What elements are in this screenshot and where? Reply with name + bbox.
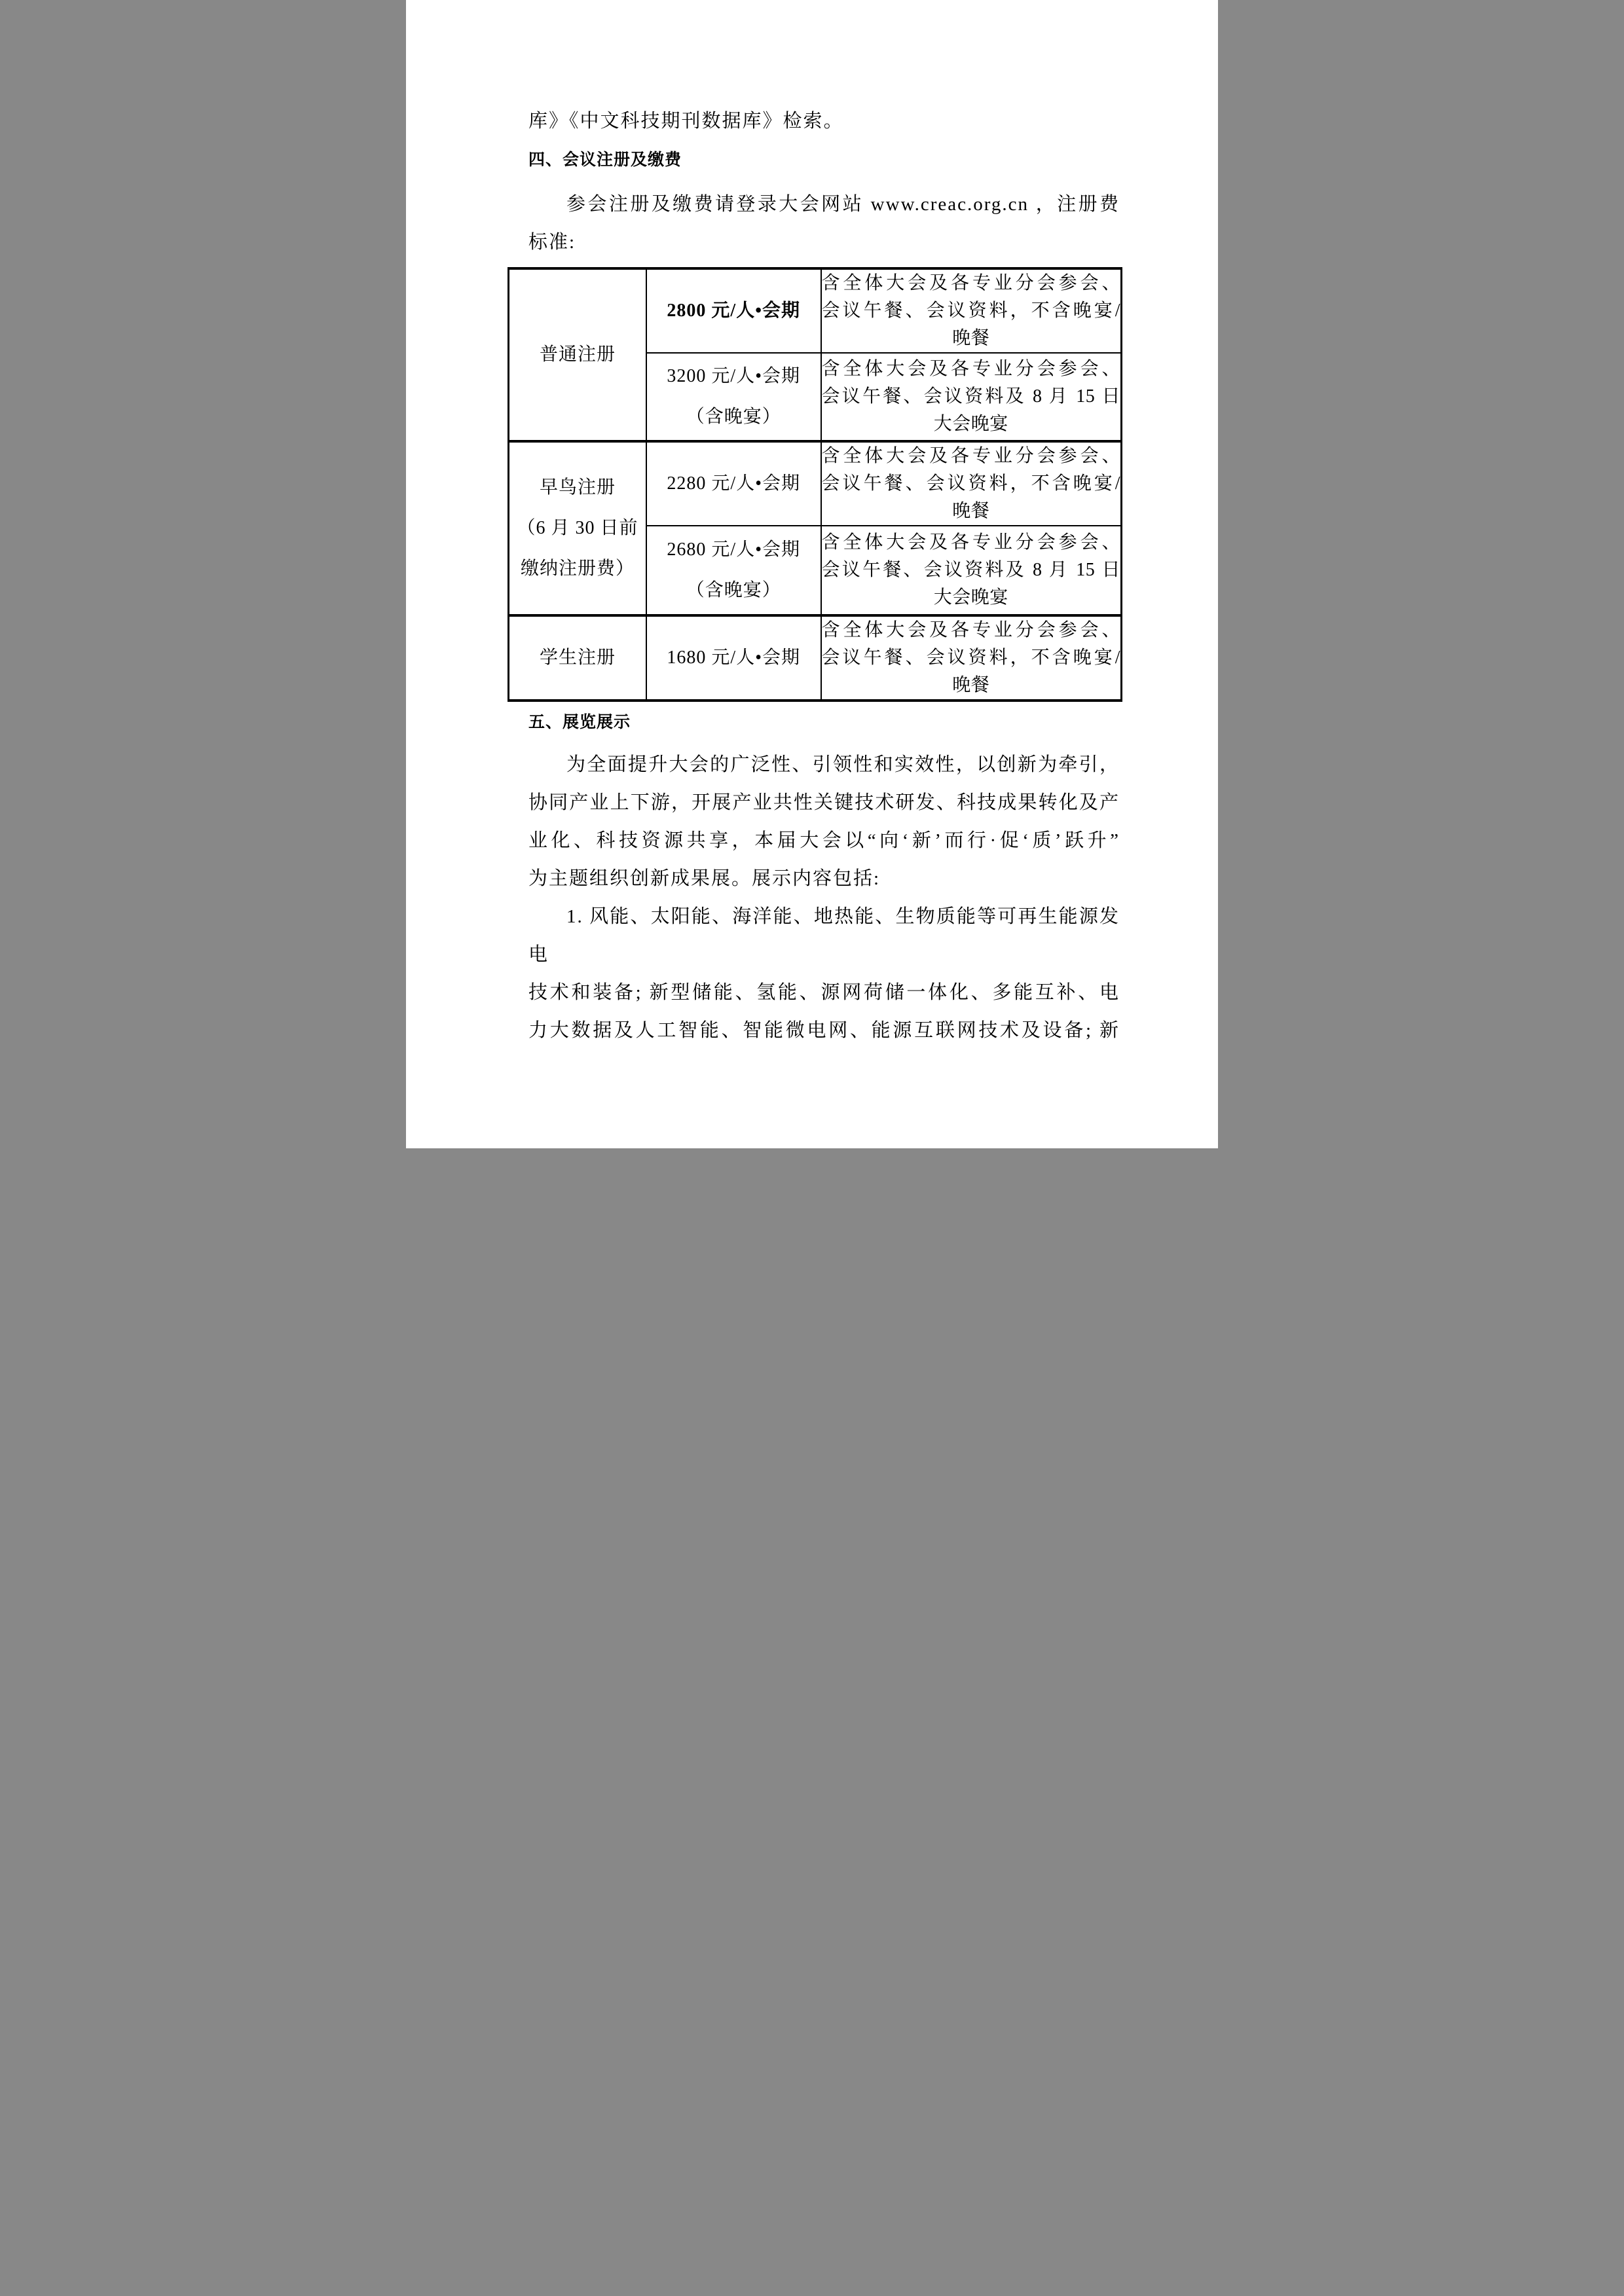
desc-line: 大会晚宴 (822, 410, 1121, 438)
category-label: 普通注册 (509, 335, 646, 375)
text-line: 协同产业上下游，开展产业共性关键技术研发、科技成果转化及产 (528, 784, 1120, 822)
category-line: （6 月 30 日前 (509, 508, 646, 549)
category-line: 缴纳注册费） (509, 549, 646, 589)
intro-continuation-line: 库》《中文科技期刊数据库》检索。 (528, 102, 1120, 140)
text-line: 力大数据及人工智能、智能微电网、能源互联网技术及设备; 新 (528, 1011, 1120, 1049)
desc-line: 会议午餐、会议资料及 8 月 15 日 (822, 383, 1121, 410)
price-cell-3200: 3200 元/人•会期 （含晚宴） (646, 353, 821, 441)
desc-line: 含全体大会及各专业分会参会、 (822, 355, 1121, 383)
section5-paragraph: 为全面提升大会的广泛性、引领性和实效性，以创新为牵引， 协同产业上下游，开展产业… (528, 746, 1120, 898)
price-cell-2280: 2280 元/人•会期 (646, 441, 821, 526)
desc-cell-banquet: 含全体大会及各专业分会参会、 会议午餐、会议资料及 8 月 15 日 大会晚宴 (821, 526, 1122, 615)
section5-heading: 五、展览展示 (528, 703, 1120, 741)
desc-line: 含全体大会及各专业分会参会、 (822, 443, 1121, 470)
desc-cell-no-banquet: 含全体大会及各专业分会参会、 会议午餐、会议资料，不含晚宴/ 晚餐 (821, 441, 1122, 526)
section5-list-paragraph: 1. 风能、太阳能、海洋能、地热能、生物质能等可再生能源发电 技术和装备; 新型… (528, 898, 1120, 1049)
desc-line: 会议午餐、会议资料，不含晚宴/ (822, 470, 1121, 498)
desc-cell-no-banquet: 含全体大会及各专业分会参会、 会议午餐、会议资料，不含晚宴/ 晚餐 (821, 268, 1122, 353)
category-cell-student: 学生注册 (509, 615, 646, 701)
desc-cell-banquet: 含全体大会及各专业分会参会、 会议午餐、会议资料及 8 月 15 日 大会晚宴 (821, 353, 1122, 441)
price-cell-2800: 2800 元/人•会期 (646, 268, 821, 353)
table-row: 早鸟注册 （6 月 30 日前 缴纳注册费） 2280 元/人•会期 含全体大会… (509, 441, 1122, 526)
table-row: 学生注册 1680 元/人•会期 含全体大会及各专业分会参会、 会议午餐、会议资… (509, 615, 1122, 701)
category-line: 早鸟注册 (509, 467, 646, 508)
text-line: 1. 风能、太阳能、海洋能、地热能、生物质能等可再生能源发电 (528, 898, 1120, 974)
desc-line: 晚餐 (822, 325, 1121, 352)
price-label: 2800 元/人•会期 (647, 291, 821, 331)
price-label: 2280 元/人•会期 (647, 464, 821, 504)
text-line: 为全面提升大会的广泛性、引领性和实效性，以创新为牵引， (528, 746, 1120, 784)
text-line: 参会注册及缴费请登录大会网站 www.creac.org.cn ，注册费 (528, 185, 1120, 223)
price-label: 1680 元/人•会期 (647, 638, 821, 678)
desc-line: 含全体大会及各专业分会参会、 (822, 529, 1121, 556)
price-label: 2680 元/人•会期 (647, 530, 821, 570)
desc-line: 大会晚宴 (822, 584, 1121, 611)
desc-cell-no-banquet: 含全体大会及各专业分会参会、 会议午餐、会议资料，不含晚宴/ 晚餐 (821, 615, 1122, 701)
registration-fee-table: 普通注册 2800 元/人•会期 含全体大会及各专业分会参会、 会议午餐、会议资… (507, 267, 1122, 702)
price-cell-2680: 2680 元/人•会期 （含晚宴） (646, 526, 821, 615)
desc-line: 含全体大会及各专业分会参会、 (822, 617, 1121, 644)
desc-line: 含全体大会及各专业分会参会、 (822, 270, 1121, 297)
desc-line: 会议午餐、会议资料，不含晚宴/ (822, 297, 1121, 325)
price-label: 3200 元/人•会期 (647, 356, 821, 397)
price-cell-1680: 1680 元/人•会期 (646, 615, 821, 701)
text-line: 业化、科技资源共享，本届大会以“向‘新’而行·促‘质’跃升” (528, 822, 1120, 860)
table-row: 普通注册 2800 元/人•会期 含全体大会及各专业分会参会、 会议午餐、会议资… (509, 268, 1122, 353)
section4-heading: 四、会议注册及缴费 (528, 141, 1120, 179)
section4-paragraph: 参会注册及缴费请登录大会网站 www.creac.org.cn ，注册费 标准: (528, 185, 1120, 261)
desc-line: 晚餐 (822, 498, 1121, 525)
page-content: 库》《中文科技期刊数据库》检索。 四、会议注册及缴费 参会注册及缴费请登录大会网… (528, 0, 1120, 1049)
text-line: 技术和装备; 新型储能、氢能、源网荷储一体化、多能互补、电 (528, 974, 1120, 1011)
desc-line: 会议午餐、会议资料，不含晚宴/ (822, 644, 1121, 672)
text-line: 标准: (528, 223, 1120, 261)
desc-line: 晚餐 (822, 672, 1121, 699)
text-line: 为主题组织创新成果展。展示内容包括: (528, 860, 1120, 898)
price-banquet-note: （含晚宴） (647, 570, 821, 611)
category-label: 学生注册 (509, 638, 646, 678)
desc-line: 会议午餐、会议资料及 8 月 15 日 (822, 556, 1121, 584)
category-cell-early-bird: 早鸟注册 （6 月 30 日前 缴纳注册费） (509, 441, 646, 615)
document-page: 库》《中文科技期刊数据库》检索。 四、会议注册及缴费 参会注册及缴费请登录大会网… (406, 0, 1218, 1148)
category-cell-normal: 普通注册 (509, 268, 646, 441)
price-banquet-note: （含晚宴） (647, 397, 821, 437)
